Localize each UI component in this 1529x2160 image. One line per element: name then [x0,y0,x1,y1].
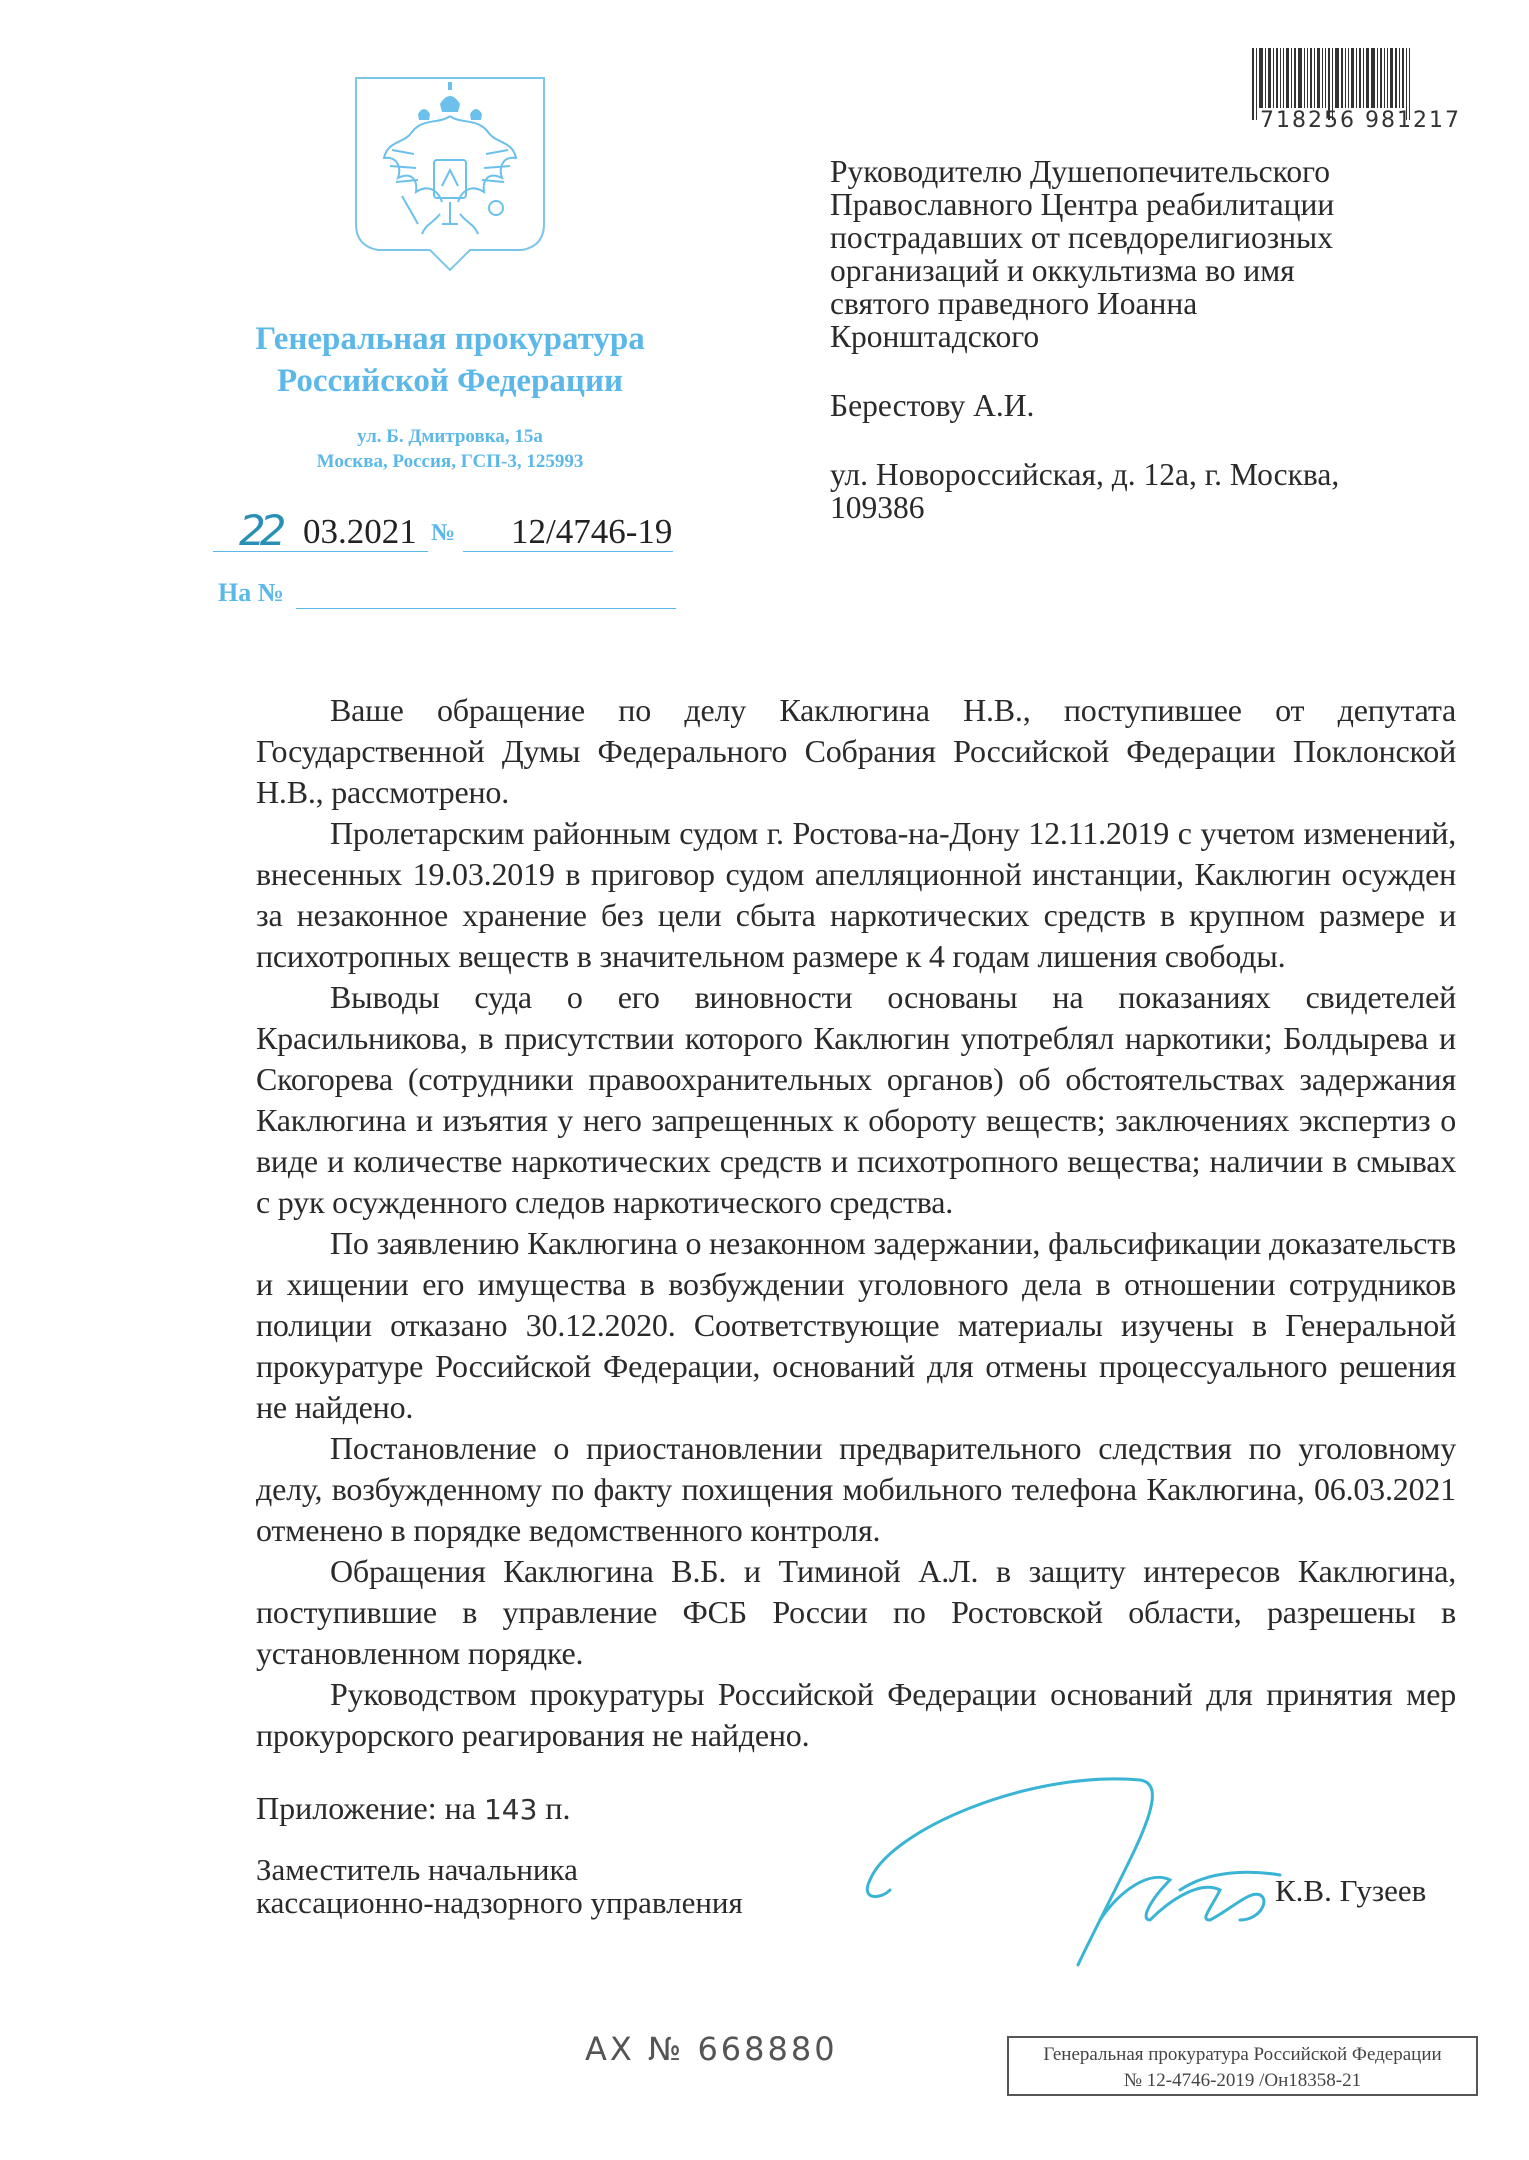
body-paragraph: Обращения Каклюгина В.Б. и Тиминой А.Л. … [256,1551,1456,1674]
body-paragraph: Пролетарским районным судом г. Ростова-н… [256,813,1456,977]
body-paragraph: Ваше обращение по делу Каклюгина Н.В., п… [256,690,1456,813]
attachment-label: Приложение: на [256,1790,476,1826]
reply-to-number-line: На № [218,578,678,618]
addressee-line: святого праведного Иоанна [830,287,1470,320]
reply-to-label: На № [218,578,284,608]
signer-title-line1: Заместитель начальника [256,1853,743,1886]
outgoing-date: 03.2021 [303,512,417,552]
signer-title-line2: кассационно-надзорного управления [256,1886,743,1919]
body-paragraph: Руководством прокуратуры Российской Феде… [256,1674,1456,1756]
org-name-line1: Генеральная прокуратура [190,318,710,360]
handwritten-signature-icon [850,1770,1290,1970]
addressee-address-line1: ул. Новороссийская, д. 12а, г. Москва, [830,458,1470,491]
body-paragraph: Выводы суда о его виновности основаны на… [256,977,1456,1223]
reply-to-underline [296,608,676,609]
barcode-digits: 718256 981217 [1260,108,1461,133]
outgoing-date-number-line: 22 03.2021 № 12/4746-19 [213,508,673,558]
form-serial-number: АХ № 668880 [585,2030,838,2068]
registration-stamp-line1: Генеральная прокуратура Российской Федер… [1009,2042,1476,2068]
attachment-note: Приложение: на 143 п. [256,1790,571,1827]
number-sign-label: № [431,520,455,547]
body-paragraph: Постановление о приостановлении предвари… [256,1428,1456,1551]
issuer-address: ул. Б. Дмитровка, 15а Москва, Россия, ГС… [190,424,710,474]
issuer-address-line2: Москва, Россия, ГСП-3, 125993 [190,449,710,474]
addressee-address-line2: 109386 [830,491,1470,524]
handwritten-day: 22 [239,506,280,555]
outgoing-number: 12/4746-19 [511,512,672,552]
addressee-line: Кронштадского [830,320,1470,353]
addressee-line: пострадавших от псевдорелигиозных [830,221,1470,254]
date-underline [213,551,428,552]
attachment-suffix: п. [545,1790,570,1826]
org-name-line2: Российской Федерации [190,360,710,402]
barcode: 718256 981217 [1252,48,1482,140]
issuer-address-line1: ул. Б. Дмитровка, 15а [190,424,710,449]
addressee-line: Православного Центра реабилитации [830,188,1470,221]
addressee-block: Руководителю Душепопечительского Правосл… [830,155,1470,524]
body-paragraph: По заявлению Каклюгина о незаконном заде… [256,1223,1456,1428]
addressee-line: Руководителю Душепопечительского [830,155,1470,188]
addressee-line: организаций и оккультизма во имя [830,254,1470,287]
registration-stamp-line2: № 12-4746-2019 /Он18358-21 [1009,2068,1476,2094]
signer-name: К.В. Гузеев [1275,1873,1426,1909]
issuer-organization-name: Генеральная прокуратура Российской Федер… [190,318,710,402]
addressee-name: Берестову А.И. [830,389,1470,422]
registration-stamp: Генеральная прокуратура Российской Федер… [1007,2036,1478,2096]
letter-body: Ваше обращение по делу Каклюгина Н.В., п… [256,690,1456,1756]
russian-coat-of-arms-icon [352,74,548,274]
signer-title: Заместитель начальника кассационно-надзо… [256,1853,743,1919]
attachment-page-count: 143 [484,1793,537,1826]
